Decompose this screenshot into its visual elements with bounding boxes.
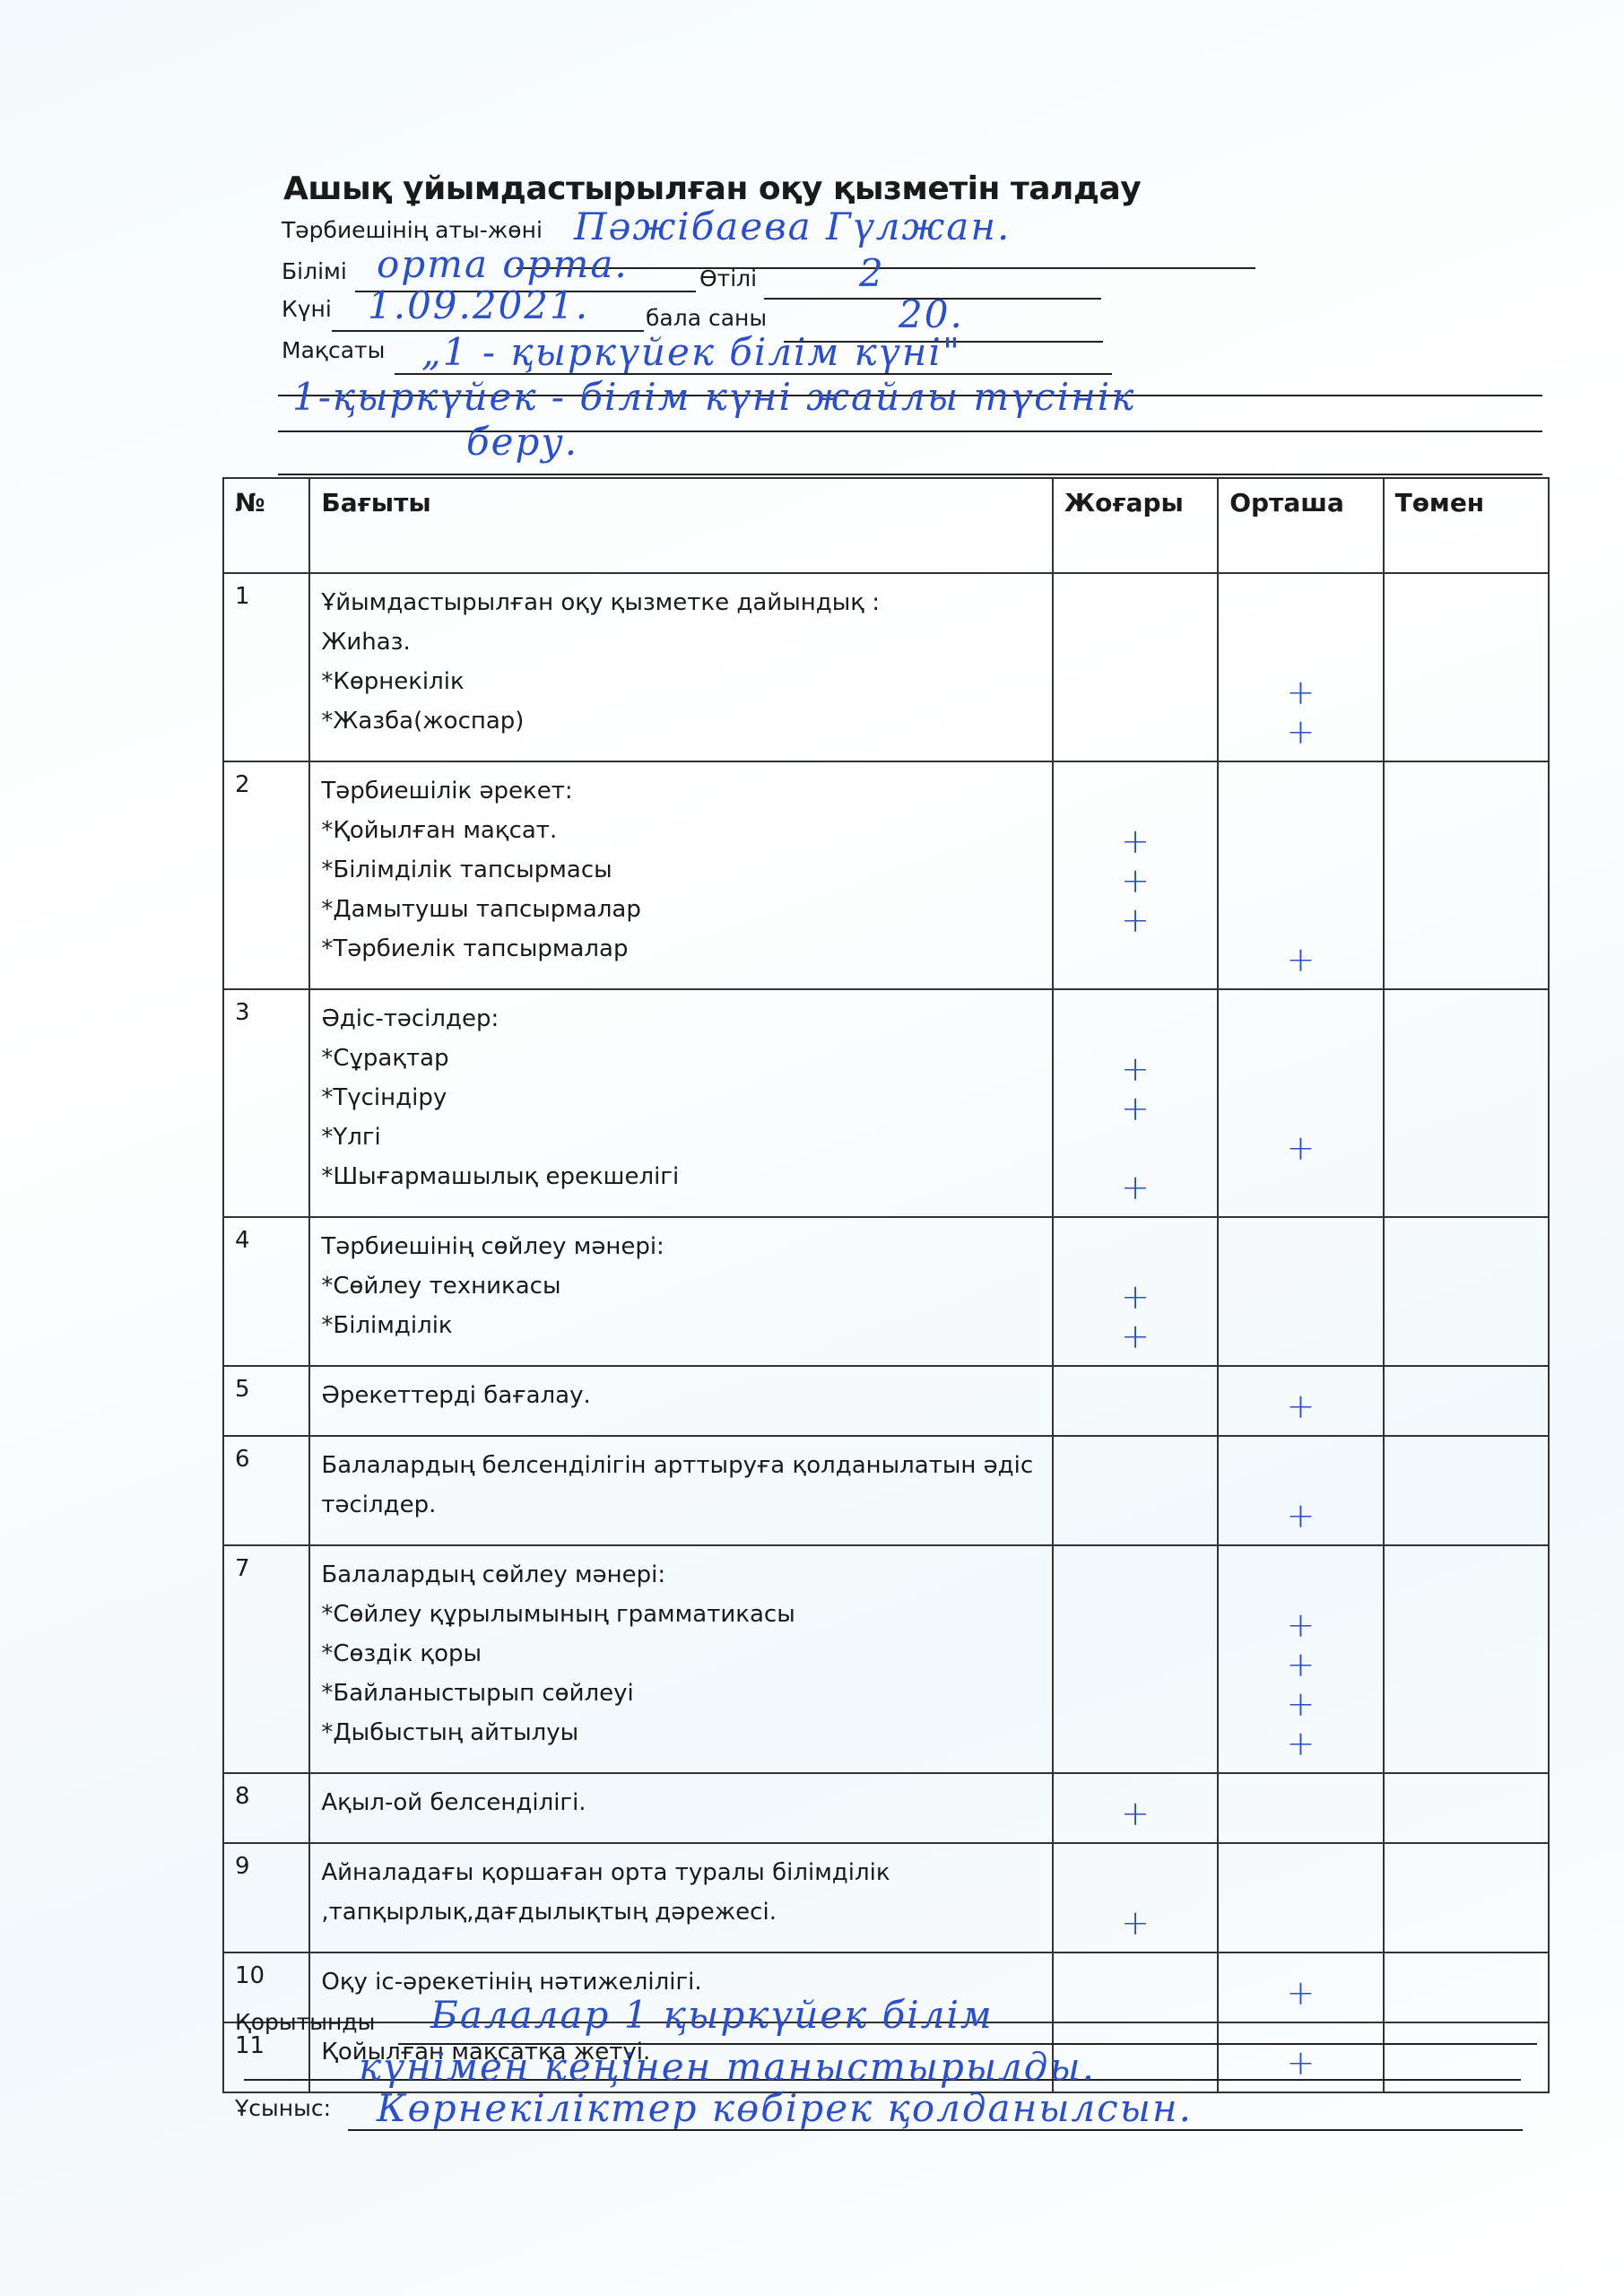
plus-mark: [1461, 1238, 1472, 1277]
plus-mark: [1130, 1724, 1141, 1763]
header-low: Төмен: [1384, 478, 1549, 573]
row-number: 6: [223, 1436, 309, 1545]
direction-line: *Білімділік: [321, 1306, 1041, 1345]
row-number: 2: [223, 761, 309, 989]
plus-mark: [1461, 1724, 1472, 1763]
mark-cell-low: [1384, 1436, 1549, 1545]
row-direction: Тәрбиешілік әрекет:*Қойылған мақсат.*Біл…: [309, 761, 1053, 989]
table-row: 4Тәрбиешінің сөйлеу мәнері:*Сөйлеу техни…: [223, 1217, 1549, 1366]
plus-mark: [1461, 594, 1472, 633]
mark-cell-medium: ++++: [1218, 1545, 1383, 1773]
plus-mark: [1461, 940, 1472, 979]
teacher-name-value: Пәжібаева Гүлжан.: [574, 204, 1011, 248]
mark-cell-medium: +: [1218, 2022, 1383, 2092]
teacher-name-label: Тәрбиешінің аты-жөні: [282, 217, 543, 243]
conclusion-line-1: Балалар 1 қыркүйек білім: [430, 1993, 994, 2037]
plus-mark: [1295, 1794, 1306, 1833]
mark-cell-low: [1384, 1217, 1549, 1366]
mark-cell-medium: [1218, 1843, 1383, 1952]
mark-cell-high: ++: [1053, 1217, 1218, 1366]
plus-mark: +: [1121, 1903, 1150, 1943]
row-number: 4: [223, 1217, 309, 1366]
direction-line: Әдіс-тәсілдер:: [321, 999, 1041, 1039]
plus-mark: +: [1287, 1645, 1316, 1684]
recommendation-value: Көрнекіліктер көбірек қолданылсын.: [377, 2086, 1193, 2130]
direction-line: *Дамытушы тапсырмалар: [321, 890, 1041, 929]
plus-mark: +: [1121, 1168, 1150, 1207]
row-direction: Ұйымдастырылған оқу қызметке дайындық :Ж…: [309, 573, 1053, 761]
goal-line-3: беру.: [466, 420, 578, 464]
direction-line: тәсілдер.: [321, 1485, 1041, 1525]
plus-mark: [1461, 861, 1472, 900]
plus-mark: [1295, 900, 1306, 940]
date-label: Күні: [282, 296, 332, 322]
table-row: 5Әрекеттерді бағалау. +: [223, 1366, 1549, 1436]
mark-cell-high: +: [1053, 1773, 1218, 1843]
direction-line: Балалардың белсенділігін арттыруға қолда…: [321, 1446, 1041, 1485]
plus-mark: [1461, 1049, 1472, 1089]
row-number: 5: [223, 1366, 309, 1436]
plus-mark: [1461, 1128, 1472, 1168]
direction-line: *Білімділік тапсырмасы: [321, 850, 1041, 890]
plus-mark: [1130, 1457, 1141, 1496]
plus-mark: [1461, 1605, 1472, 1645]
row-number: 8: [223, 1773, 309, 1843]
direction-line: Тәрбиешінің сөйлеу мәнері:: [321, 1227, 1041, 1266]
row-number: 3: [223, 989, 309, 1217]
mark-cell-high: [1053, 1545, 1218, 1773]
direction-line: *Түсіндіру: [321, 1078, 1041, 1118]
plus-mark: [1295, 861, 1306, 900]
mark-cell-high: [1053, 1952, 1218, 2022]
plus-mark: [1461, 1684, 1472, 1724]
mark-cell-low: [1384, 1773, 1549, 1843]
mark-cell-low: [1384, 1843, 1549, 1952]
plus-mark: [1130, 782, 1141, 822]
row-direction: Ақыл-ой белсенділігі.: [309, 1773, 1053, 1843]
plus-mark: [1130, 1238, 1141, 1277]
children-count-label: бала саны: [646, 305, 767, 331]
plus-mark: +: [1121, 861, 1150, 900]
plus-mark: [1130, 1387, 1141, 1426]
plus-mark: +: [1121, 1317, 1150, 1356]
plus-mark: +: [1121, 1794, 1150, 1833]
plus-mark: [1461, 1903, 1472, 1943]
direction-line: Ұйымдастырылған оқу қызметке дайындық :: [321, 583, 1041, 622]
plus-mark: [1130, 1684, 1141, 1724]
plus-mark: [1461, 712, 1472, 752]
plus-mark: +: [1287, 1973, 1316, 2013]
plus-mark: +: [1121, 822, 1150, 861]
direction-line: *Жазба(жоспар): [321, 701, 1041, 741]
header-num: №: [223, 478, 309, 573]
plus-mark: [1295, 1277, 1306, 1317]
plus-mark: [1130, 2043, 1141, 2083]
mark-cell-low: [1384, 761, 1549, 989]
mark-cell-low: [1384, 1366, 1549, 1436]
plus-mark: +: [1121, 900, 1150, 940]
education-value: орта орта.: [377, 242, 629, 286]
mark-cell-medium: +: [1218, 761, 1383, 989]
conclusion-label: Қорытынды: [235, 2009, 375, 2035]
plus-mark: [1461, 1277, 1472, 1317]
plus-mark: [1461, 782, 1472, 822]
goal-line-1: „1 - қыркүйек білім күні": [421, 330, 961, 374]
mark-cell-medium: +: [1218, 1366, 1383, 1436]
plus-mark: +: [1287, 673, 1316, 712]
plus-mark: [1295, 822, 1306, 861]
plus-mark: [1461, 1496, 1472, 1535]
row-direction: Әдіс-тәсілдер:*Сұрақтар*Түсіндіру*Үлгі*Ш…: [309, 989, 1053, 1217]
plus-mark: [1461, 633, 1472, 673]
direction-line: *Сөйлеу техникасы: [321, 1266, 1041, 1306]
direction-line: Әрекеттерді бағалау.: [321, 1376, 1041, 1415]
plus-mark: [1295, 1089, 1306, 1128]
plus-mark: [1295, 1317, 1306, 1356]
plus-mark: +: [1121, 1277, 1150, 1317]
direction-line: *Байланыстырып сөйлеуі: [321, 1674, 1041, 1713]
direction-line: *Шығармашылық ерекшелігі: [321, 1157, 1041, 1196]
plus-mark: [1461, 1387, 1472, 1426]
document-title: Ашық ұйымдастырылған оқу қызметін талдау: [283, 170, 1141, 207]
plus-mark: [1130, 1864, 1141, 1903]
mark-cell-low: [1384, 1545, 1549, 1773]
mark-cell-medium: ++: [1218, 573, 1383, 761]
mark-cell-medium: [1218, 1217, 1383, 1366]
plus-mark: [1130, 712, 1141, 752]
plus-mark: [1461, 1864, 1472, 1903]
mark-cell-low: [1384, 989, 1549, 1217]
plus-mark: [1130, 1645, 1141, 1684]
plus-mark: [1461, 822, 1472, 861]
plus-mark: +: [1121, 1049, 1150, 1089]
plus-mark: +: [1287, 940, 1316, 979]
plus-mark: [1130, 1496, 1141, 1535]
mark-cell-high: +: [1053, 1843, 1218, 1952]
row-direction: Әрекеттерді бағалау.: [309, 1366, 1053, 1436]
plus-mark: [1130, 633, 1141, 673]
row-direction: Айналадағы қоршаған орта туралы білімділ…: [309, 1843, 1053, 1952]
direction-line: Ақыл-ой белсенділігі.: [321, 1783, 1041, 1822]
mark-cell-medium: +: [1218, 1436, 1383, 1545]
plus-mark: [1130, 1973, 1141, 2013]
plus-mark: [1461, 1010, 1472, 1049]
mark-cell-medium: +: [1218, 1952, 1383, 2022]
row-number: 7: [223, 1545, 309, 1773]
plus-mark: [1295, 1566, 1306, 1605]
mark-cell-low: [1384, 2022, 1549, 2092]
plus-mark: [1130, 594, 1141, 633]
plus-mark: [1295, 1864, 1306, 1903]
row-direction: Балалардың белсенділігін арттыруға қолда…: [309, 1436, 1053, 1545]
plus-mark: [1130, 1566, 1141, 1605]
direction-line: Балалардың сөйлеу мәнері:: [321, 1555, 1041, 1595]
direction-line: *Дыбыстың айтылуы: [321, 1713, 1041, 1752]
header-medium: Орташа: [1218, 478, 1383, 573]
header-direction: Бағыты: [309, 478, 1053, 573]
plus-mark: [1461, 1645, 1472, 1684]
mark-cell-high: [1053, 1436, 1218, 1545]
plus-mark: [1130, 673, 1141, 712]
goal-label: Мақсаты: [282, 337, 385, 363]
plus-mark: [1295, 1457, 1306, 1496]
experience-value: 2: [859, 251, 885, 295]
plus-mark: +: [1287, 1684, 1316, 1724]
mark-cell-high: +++: [1053, 761, 1218, 989]
direction-line: *Сұрақтар: [321, 1039, 1041, 1078]
table-row: 8Ақыл-ой белсенділігі.+: [223, 1773, 1549, 1843]
goal-underline-4: [278, 474, 1542, 475]
assessment-table: № Бағыты Жоғары Орташа Төмен 1Ұйымдастыр…: [222, 477, 1550, 2093]
row-number: 9: [223, 1843, 309, 1952]
table-row: 2Тәрбиешілік әрекет:*Қойылған мақсат.*Бі…: [223, 761, 1549, 989]
plus-mark: +: [1287, 1605, 1316, 1645]
direction-line: *Тәрбиелік тапсырмалар: [321, 929, 1041, 969]
mark-cell-low: [1384, 573, 1549, 761]
plus-mark: +: [1287, 1496, 1316, 1535]
plus-mark: [1295, 1238, 1306, 1277]
plus-mark: [1295, 1168, 1306, 1207]
direction-line: Айналадағы қоршаған орта туралы білімділ…: [321, 1853, 1041, 1892]
direction-line: *Қойылған мақсат.: [321, 811, 1041, 850]
plus-mark: [1461, 2043, 1472, 2083]
mark-cell-high: [1053, 573, 1218, 761]
goal-line-2: 1-қыркүйек - білім күні жайлы түсінік: [292, 375, 1135, 419]
direction-line: Тәрбиешілік әрекет:: [321, 771, 1041, 811]
plus-mark: [1130, 1010, 1141, 1049]
plus-mark: [1295, 633, 1306, 673]
plus-mark: [1461, 1168, 1472, 1207]
plus-mark: +: [1287, 1387, 1316, 1426]
plus-mark: +: [1287, 1128, 1316, 1168]
date-value: 1.09.2021.: [368, 283, 589, 327]
plus-mark: [1295, 1903, 1306, 1943]
plus-mark: +: [1287, 712, 1316, 752]
table-row: 9Айналадағы қоршаған орта туралы білімді…: [223, 1843, 1549, 1952]
direction-line: *Көрнекілік: [321, 662, 1041, 701]
plus-mark: [1461, 673, 1472, 712]
direction-line: ,тапқырлық,дағдылықтың дәрежесі.: [321, 1892, 1041, 1932]
row-number: 1: [223, 573, 309, 761]
direction-line: *Үлгі: [321, 1118, 1041, 1157]
plus-mark: [1461, 1317, 1472, 1356]
plus-mark: [1461, 900, 1472, 940]
row-direction: Балалардың сөйлеу мәнері:*Сөйлеу құрылым…: [309, 1545, 1053, 1773]
experience-label: Өтілі: [699, 265, 757, 291]
plus-mark: [1461, 1794, 1472, 1833]
conclusion-line-2: күнімен кеңінен таныстырылды.: [359, 2045, 1096, 2089]
plus-mark: [1130, 940, 1141, 979]
header-high: Жоғары: [1053, 478, 1218, 573]
row-direction: Тәрбиешінің сөйлеу мәнері:*Сөйлеу техник…: [309, 1217, 1053, 1366]
table-row: 1Ұйымдастырылған оқу қызметке дайындық :…: [223, 573, 1549, 761]
document-page: Ашық ұйымдастырылған оқу қызметін талдау…: [0, 0, 1624, 2296]
mark-cell-medium: [1218, 1773, 1383, 1843]
table-row: 6Балалардың белсенділігін арттыруға қолд…: [223, 1436, 1549, 1545]
mark-cell-high: [1053, 1366, 1218, 1436]
plus-mark: [1295, 782, 1306, 822]
direction-line: *Сөйлеу құрылымының грамматикасы: [321, 1595, 1041, 1634]
table-row: 3Әдіс-тәсілдер:*Сұрақтар*Түсіндіру*Үлгі*…: [223, 989, 1549, 1217]
plus-mark: [1461, 1457, 1472, 1496]
plus-mark: +: [1121, 1089, 1150, 1128]
plus-mark: +: [1287, 2043, 1316, 2083]
plus-mark: [1295, 594, 1306, 633]
plus-mark: +: [1287, 1724, 1316, 1763]
mark-cell-low: [1384, 1952, 1549, 2022]
plus-mark: [1130, 1605, 1141, 1645]
plus-mark: [1130, 1128, 1141, 1168]
table-row: 7Балалардың сөйлеу мәнері:*Сөйлеу құрылы…: [223, 1545, 1549, 1773]
education-label: Білімі: [282, 258, 347, 284]
plus-mark: [1461, 1566, 1472, 1605]
mark-cell-high: ++ +: [1053, 989, 1218, 1217]
direction-line: Жиһаз.: [321, 622, 1041, 662]
mark-cell-medium: +: [1218, 989, 1383, 1217]
recommendation-label: Ұсыныс:: [235, 2095, 331, 2121]
direction-line: *Сөздік қоры: [321, 1634, 1041, 1674]
plus-mark: [1295, 1049, 1306, 1089]
plus-mark: [1461, 1089, 1472, 1128]
table-header-row: № Бағыты Жоғары Орташа Төмен: [223, 478, 1549, 573]
plus-mark: [1461, 1973, 1472, 2013]
plus-mark: [1295, 1010, 1306, 1049]
